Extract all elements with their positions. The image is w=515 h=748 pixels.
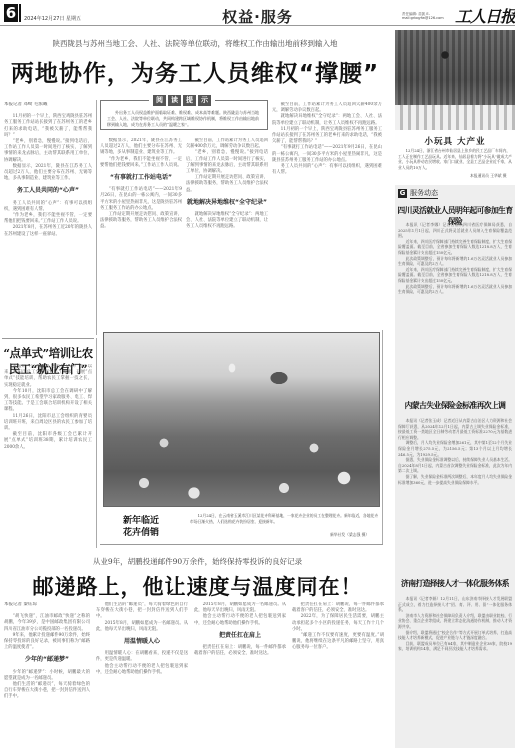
photo-frame-right	[382, 330, 383, 544]
service-item-headline-2: 内蒙古失业保险金标准再次上调	[397, 400, 513, 411]
paragraph: “作为老乡，我们不能坐视不管，一定要帮他们把钱要回来。”工作站工作人员说。	[4, 213, 92, 225]
read-tip-label: 阅 读 提 示	[149, 95, 215, 106]
bottom-story-subhead-3: 把责任扛在肩上	[194, 633, 286, 639]
service-g-icon: G	[398, 189, 407, 198]
photo-credit: 新华社发（梁志强 摄）	[330, 532, 369, 538]
column-divider	[96, 100, 97, 335]
paragraph: “有事就打工作站电话”——2021年9月26日，在昆山的一栋公寓内，一间30多平…	[100, 187, 182, 212]
paragraph: “作为老乡，我们不能坐视不管，一定要帮他们把钱要回来。”工作站工作人员说。	[100, 157, 182, 169]
paragraph: 近年来，四川医疗保障部门持续完善生育保险制度，扩大生育保险覆盖面。截至目前，全省…	[398, 239, 512, 256]
bottom-story-byline: 本报记者 秦钰琼	[4, 602, 90, 608]
paragraph: 据了解，失业保险金标准两次调整后，本年度月人均失业保险金标准增加360元，进一步…	[398, 474, 512, 485]
paragraph: 就地解决异地维权“全守纪录”：两地工会、人社、法院等单位建立了联动机制，让务工人…	[186, 212, 268, 231]
main-story-headline: 两地协作，为务工人员维权“撑腰”	[0, 55, 390, 88]
paragraph: 济南市人力资源和社会保障局负责人介绍，联盟由职业院校、行业协会、重点企业等组成，…	[398, 613, 512, 630]
bottom-story-headline: 邮递路上，他让速度与温度同在！	[0, 571, 395, 601]
feature-divider	[2, 338, 94, 339]
read-tip-text: 外出务工人员权益维护面临取证难、维权难、成本高等难题。陕西陇县与苏州当地工会、人…	[107, 110, 261, 128]
paragraph: 据介绍，联盟将通过“校企合作”等方式开展订单式培养，打造高技能人才培养新模式，促…	[398, 630, 512, 641]
read-tip-char: 示	[198, 95, 211, 106]
paragraph: 把责任扛在肩上：胡鹏说，每一件邮件都承载着客户的信任，必须安全、准时送达。	[292, 602, 384, 614]
masthead: 6 2024年12月27日 星期五 权益·服务 责任编辑: 苗凯 E-mail:…	[0, 0, 515, 26]
bottom-story-subhead-1: 少年的“邮递梦”	[4, 657, 90, 663]
paragraph: 目前，联盟成员单位已有84家，其中制造业企业38家，院校19家，培训机构14家，…	[398, 641, 512, 652]
paragraph: 他会主动帮行动不便的老人把包裹送到家中，还会耐心地帮助他们操作手机。	[96, 664, 188, 676]
toy-factory-photo-lower	[395, 105, 515, 130]
paragraph: 务工人员共同的“心声”：有事可以找组织，遇到困难有人帮。	[272, 164, 382, 176]
main-story-column-2: 数据显示，2021年，陇县在江苏务工人员超过2万人，他们主要分布在苏州、无锡等地…	[100, 138, 182, 328]
paragraph: 就地解决异地维权“全守纪录”：两地工会、人社、法院等单位建立了联动机制，让务工人…	[272, 114, 382, 126]
paragraph: 9年来，他累计投递邮件90万余件，始终保持零投诉的良好记录，被同事们称为“邮路上…	[4, 633, 90, 652]
service-news-tag: G 服务动态	[398, 188, 438, 199]
paragraph: 2022年，为了保障居民生活需要，胡鹏主动承担起多个小区的投递任务，每天工作十几…	[292, 614, 384, 633]
read-tip-char: 提	[183, 95, 196, 106]
paragraph: 工作站定期开展走访慰问、政策宣讲、法律援助等服务，帮助务工人员维护合法权益。	[186, 175, 268, 194]
service-item-headline-3: 济南打造择接人才一体化服务体系	[397, 578, 513, 589]
read-tip-char: 阅	[153, 95, 166, 106]
paragraph: 用温情暖人心：在胡鹏看来，投递不仅是送件，更是传递温暖。	[96, 651, 188, 663]
bottom-story-column-3: 2015年8月，胡鹏如愿成为一名邮递员。从此，他每天早出晚归，风雨无阻。 他会主…	[194, 602, 286, 748]
paragraph: 工作站定期开展走访慰问、政策宣讲、法律援助等服务，帮助务工人员维护合法权益。	[100, 212, 182, 231]
main-story-column-3: 截至目前，工作站累计为务工人员追回欠薪400余万元，调解劳动争议数百起。 “老乡…	[186, 138, 268, 328]
main-story-kicker: 陕西陇县与苏州当地工会、人社、法院等单位联动，将维权工作由输出地前移到输入地	[0, 38, 390, 49]
paragraph: “老乡，别着急，慢慢说。”接到电话后，工作站工作人员第一时间进行了核实，了解到事…	[186, 150, 268, 175]
paragraph: 此次政策调整后，预计每年将新增约1.6万名灵活就业人员参加生育保险，可惠及约2万…	[398, 284, 512, 295]
paragraph: 他会主动帮行动不便的老人把包裹送到家中，还会耐心地帮助他们操作手机。	[194, 614, 286, 626]
paragraph: 近年来，四川医疗保障部门持续完善生育保险制度，扩大生育保险覆盖面。截至目前，全省…	[398, 267, 512, 284]
read-tip-box: 阅 读 提 示 外出务工人员权益维护面临取证难、维权难、成本高等难题。陕西陇县与…	[100, 100, 268, 130]
service-news-label: 服务动态	[410, 188, 438, 199]
photo-title-line: 花卉俏销	[123, 527, 159, 539]
right-photo-credit: 本报通讯员 王华斌 摄	[470, 173, 507, 179]
bottom-story-subhead-2: 用温情暖人心	[96, 639, 188, 645]
paragraph: 11月26日，沈阳市总工会组织的育婴员培训班开班，来自周边区县的农民工参加了培训…	[4, 414, 92, 433]
paragraph: 数据显示，2021年，陇县在江苏务工人员超过2万人，他们主要分布在苏州、无锡等地…	[4, 164, 92, 183]
paragraph: 2021年8月，在苏州务工近20年的陇县人在苏州建设了这样一座驿站。	[4, 225, 92, 237]
paragraph: 此次政策调整后，预计每年将新增约1.6万名灵活就业人员参加生育保险，可惠及约2万…	[398, 256, 512, 267]
main-story-byline: 本报记者 邓崎 毛浓曦	[4, 102, 92, 108]
bottom-story-column-4: 把责任扛在肩上：胡鹏说，每一件邮件都承载着客户的信任，必须安全、准时送达。 20…	[292, 602, 384, 748]
paragraph: “胡飞快递”，江油市邮政“快递”之称的胡鹏，今年39岁，是中国邮政集团有限公司四…	[4, 614, 90, 633]
service-item-body-2: 本报讯（记者张玉成）记者近日从内蒙古自治区人力资源和社会保障厅获悉，从2024年…	[398, 418, 512, 558]
paragraph: 本报讯（记者刘旭 通讯员王志）今年以来，沈阳市总工会根据农民工需求，开展“点单式…	[4, 364, 92, 389]
main-story-subhead-2: “有事就打工作站电话”	[100, 175, 182, 181]
paragraph: 11月初的一个早上，陕西宝鸡陇县驻苏州务工服务工作站站长接到了在苏州务工的老乡打…	[272, 127, 382, 146]
paragraph: 2015年8月，胡鹏如愿成为一名邮递员。从此，他每天早出晚归，风雨无阻。	[194, 602, 286, 614]
column-divider	[96, 338, 97, 548]
main-story-column-1: 本报记者 邓崎 毛浓曦 11月初的一个早上，陕西宝鸡陇县驻苏州务工服务工作站站长…	[4, 102, 92, 337]
paragraph: 截至目前，工作站累计为务工人员追回欠薪400余万元，调解劳动争议数百起。	[272, 102, 382, 114]
main-story-subhead-3: 就地解决异地维权“全守纪录”	[186, 200, 268, 206]
bottom-story-kicker: 从业9年，胡鹏投递邮件90万余件，始终保持零投诉的良好记录	[0, 556, 395, 567]
paragraph: 截至目前，沈阳市各级工会已累计开展“点单式”培训班38期，累计培训农民工2000…	[4, 432, 92, 451]
flower-greenhouse-photo	[103, 332, 380, 507]
paragraph: 他们生活的“邮递员”，每天骑着绿色的自行车穿梭在大街小巷，把一封封信件送到人们手…	[4, 682, 90, 701]
paragraph: 今年10月，沈阳市总工会在调研中了解到，很多农民工希望学习家政服务、电工、焊工等…	[4, 389, 92, 414]
photo-title: 新年临近 花卉俏销	[123, 515, 159, 539]
paragraph: 本报讯（记者李娜）记者日前从四川省医疗保障局获悉，自2025年1月1日起，四川正…	[398, 222, 512, 239]
paragraph: 本报讯（记者李娟）12月11日，山东济南市择接人才发展联盟正式成立，着力打造择接…	[398, 596, 512, 613]
read-tip-char: 读	[168, 95, 181, 106]
paragraph: “邮递工作不仅要有速度，更要有温度。”胡鹏说，他将继续在这条平凡的邮路上坚守，用…	[292, 633, 384, 652]
right-photo-title: 小玩具 大产业	[395, 135, 515, 147]
paragraph: 数据显示，2021年，陇县在江苏务工人员超过2万人，他们主要分布在苏州、无锡等地…	[100, 138, 182, 157]
paragraph: 11月初的一个早上，陕西宝鸡陇县驻苏州务工服务工作站站长接到了在苏州务工的老乡打…	[4, 114, 92, 139]
paragraph: 把责任扛在肩上：胡鹏说，每一件邮件都承载着客户的信任，必须安全、准时送达。	[194, 645, 286, 657]
main-story-subhead-1: 务工人员共同的“心声”	[4, 188, 92, 194]
editor-info: 责任编辑: 苗凯 E-mail:grbqyfw@126.com	[402, 12, 444, 20]
paragraph: 务工人员共同的“心声”：有事可以找组织，遇到困难有人帮。	[4, 201, 92, 213]
main-story-column-4: 截至目前，工作站累计为务工人员追回欠薪400余万元，调解劳动争议数百起。 就地解…	[272, 102, 382, 327]
newspaper-logo: 工人日报	[455, 4, 515, 27]
paragraph: “老乡，别着急，慢慢说。”接到电话后，工作站工作人员第一时间进行了核实，了解到事…	[4, 139, 92, 164]
bottom-story-column-2: 他们生活的“邮递员”，每天骑着绿色的自行车穿梭在大街小巷，把一封封信件送到人们手…	[96, 602, 188, 748]
service-item-body-1: 本报讯（记者李娜）记者日前从四川省医疗保障局获悉，自2025年1月1日起，四川正…	[398, 222, 512, 372]
photo-title-line: 新年临近	[123, 515, 159, 527]
photo-caption: 12月24日，在云南省玉溪市江川区某花卉科研基地，一家花卉企业的员工在整理花卉。…	[190, 513, 380, 524]
paragraph: 他们生活的“邮递员”，每天骑着绿色的自行车穿梭在大街小巷，把一封封信件送到人们手…	[96, 602, 188, 621]
paragraph: “有事就打工作站电话”——2021年9月26日，在昆山的一栋公寓内，一间30多平…	[272, 145, 382, 164]
paragraph: 少年的“邮递梦”：小时候，胡鹏最大的愿望就是成为一名邮递员。	[4, 670, 90, 682]
photo-frame-bottom	[100, 544, 383, 545]
paragraph: 据悉，失业保险金标准调整以后，持续保障失业人员基本生活。自2024年8月1日起，…	[398, 457, 512, 474]
feature-story-body: 本报讯（记者刘旭 通讯员王志）今年以来，沈阳市总工会根据农民工需求，开展“点单式…	[4, 364, 92, 544]
paragraph: 调整后，月人均失业保险金增加261元，其中第1至12个月失业保险金月增长275.…	[398, 440, 512, 457]
paragraph: 截至目前，工作站累计为务工人员追回欠薪400余万元，调解劳动争议数百起。	[186, 138, 268, 150]
bottom-story-column-1: 本报记者 秦钰琼 “胡飞快递”，江油市邮政“快递”之称的胡鹏，今年39岁，是中国…	[4, 602, 90, 748]
service-item-body-3: 本报讯（记者李娟）12月11日，山东济南市择接人才发展联盟正式成立，着力打造择接…	[398, 596, 512, 746]
paragraph: 本报讯（记者张玉成）记者近日从内蒙古自治区人力资源和社会保障厅获悉，从2024年…	[398, 418, 512, 440]
paragraph: 2015年8月，胡鹏如愿成为一名邮递员。从此，他每天早出晚归，风雨无阻。	[96, 621, 188, 633]
right-photo-caption: 12月24日，浙江省台州市仙居县上张乡的民工艺品厂车间内，工人正在制作工艺品玩具…	[398, 148, 512, 170]
